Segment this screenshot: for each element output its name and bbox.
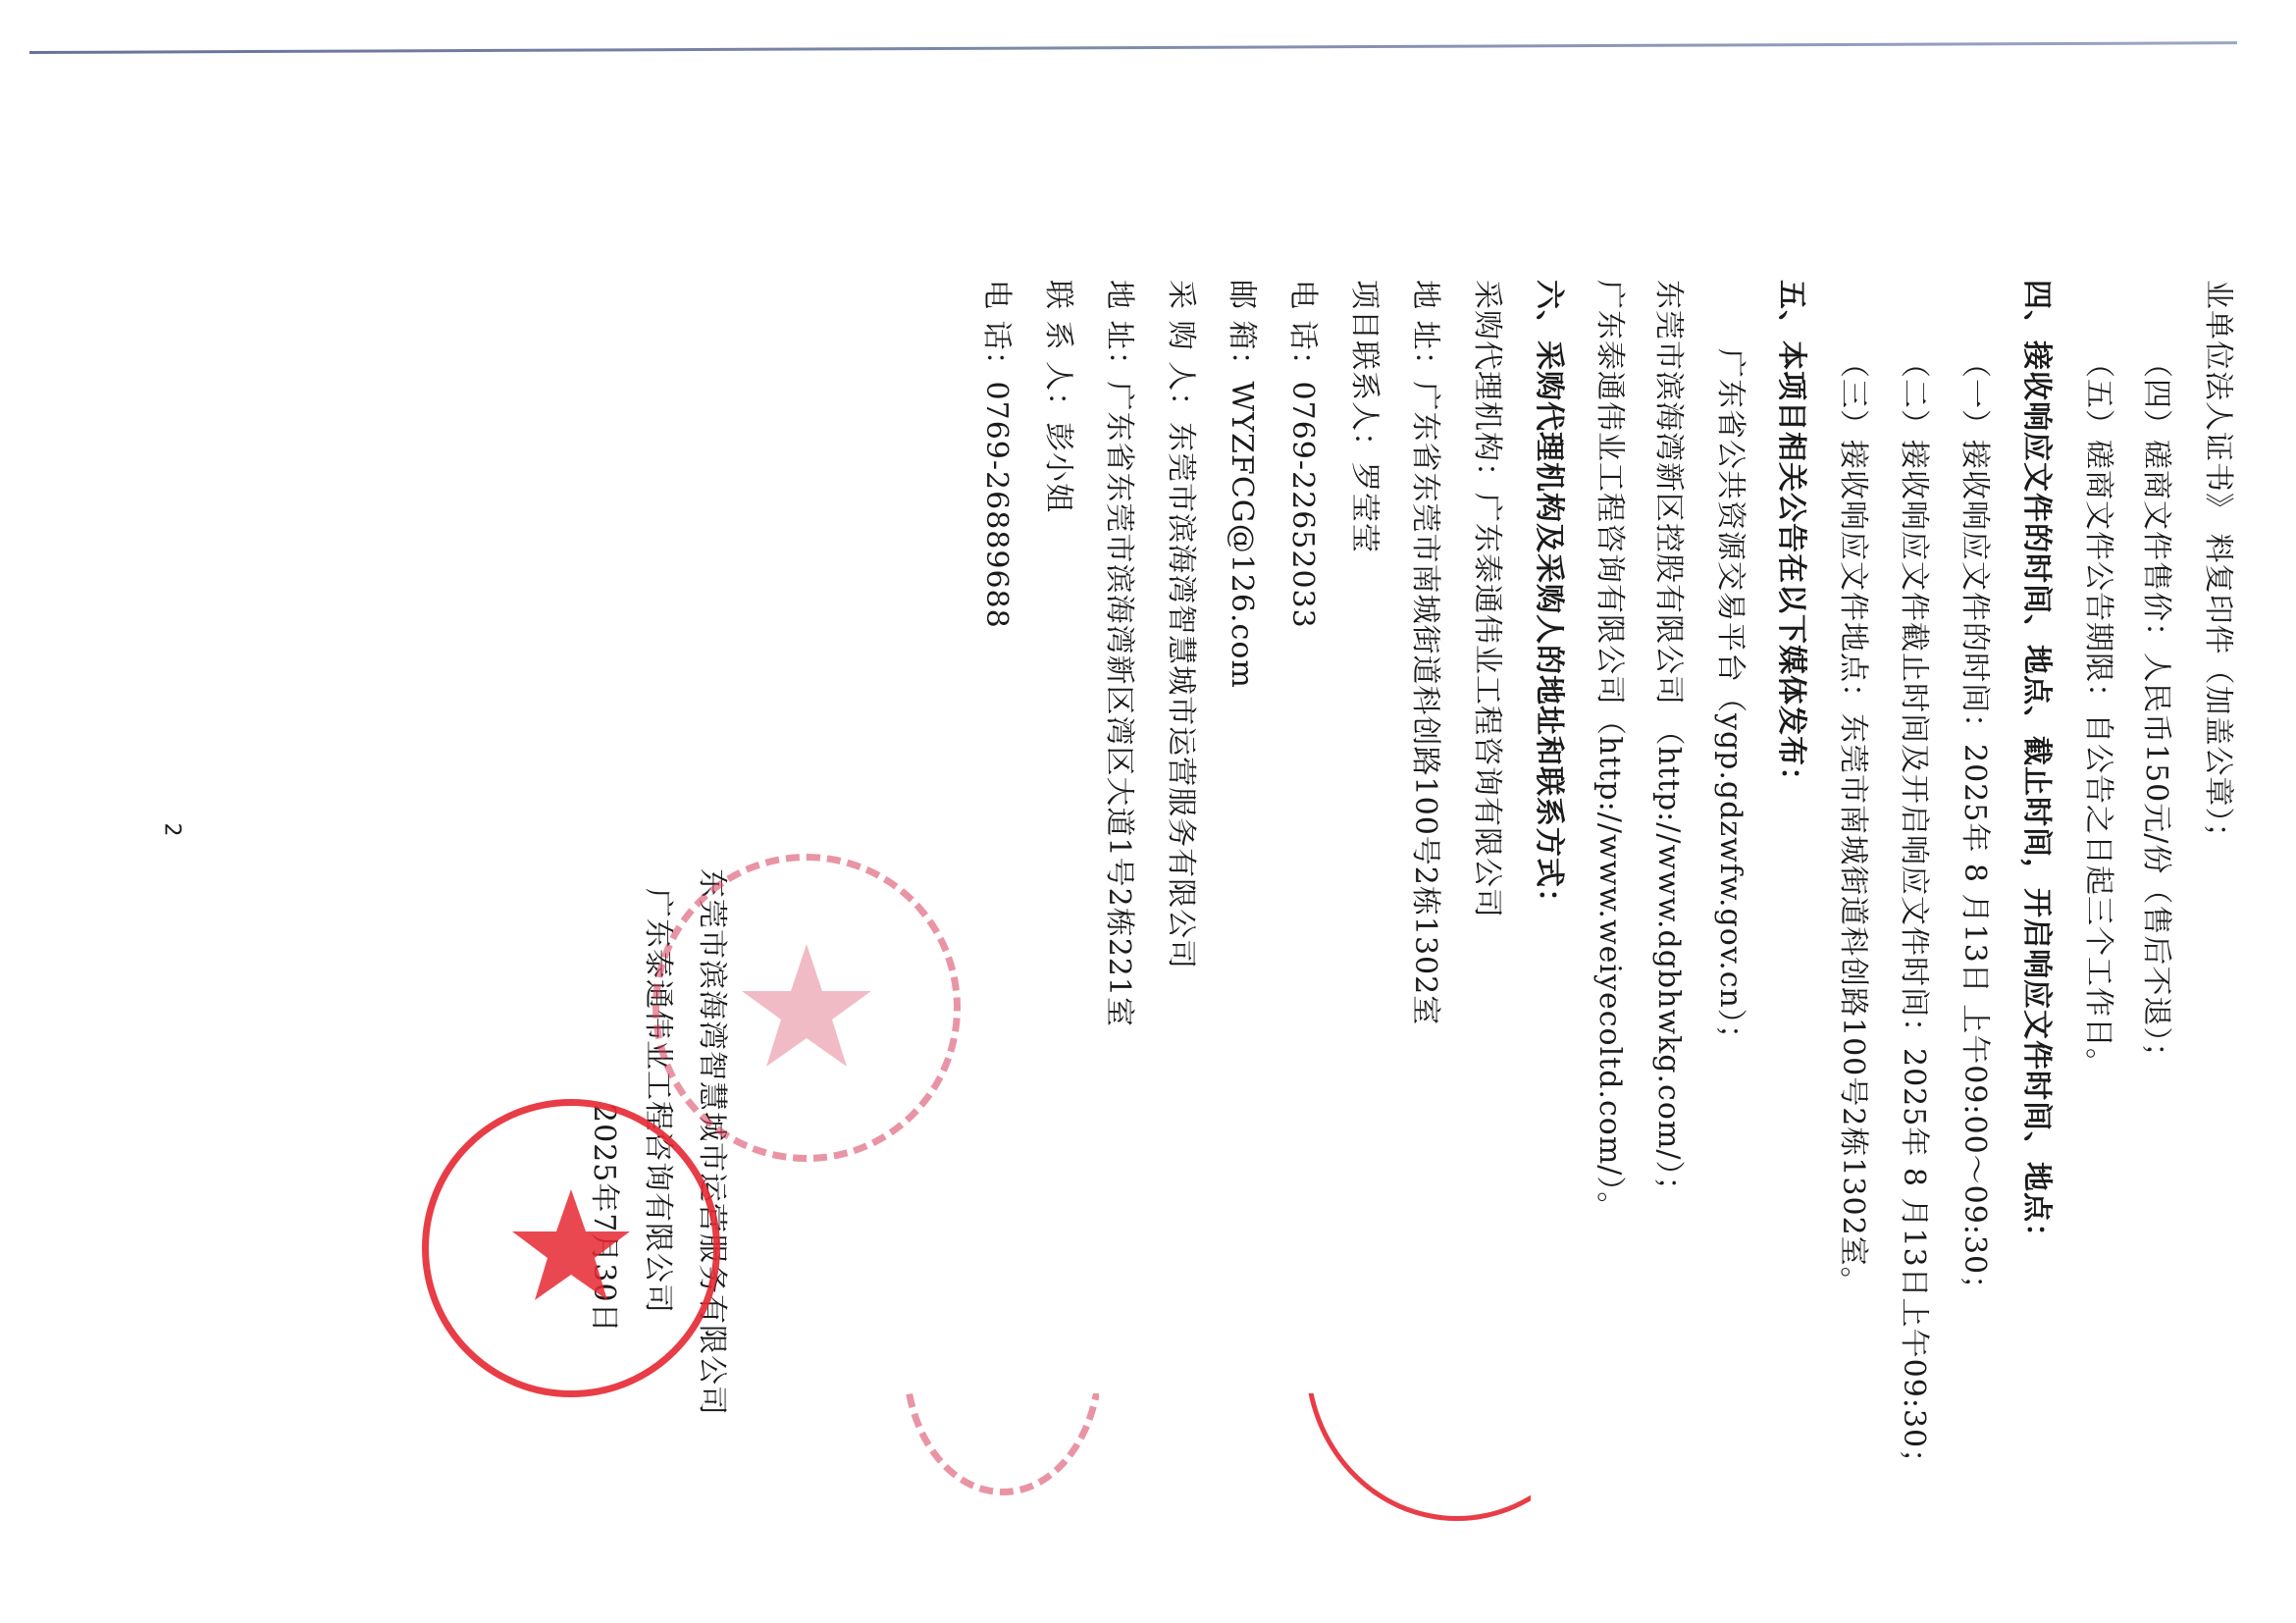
agency-name: 采购代理机构：广东泰通伟业工程咨询有限公司 xyxy=(1467,280,1506,918)
text-line: （三）接收响应文件地点：东莞市南城街道科创路100号2栋1302室。 xyxy=(1833,348,1872,1297)
seam-stamp-faded xyxy=(903,1393,1099,1501)
buyer-address: 地 址：广东省东莞市滨海湾新区湾区大道1号2栋221室 xyxy=(1099,280,1138,1027)
agency-address: 地 址：广东省东莞市南城街道科创路100号2栋1302室 xyxy=(1405,280,1444,1025)
agency-company-stamp xyxy=(422,1099,720,1397)
agency-phone: 电 话：0769-22652033 xyxy=(1282,280,1322,629)
seam-stamp-red xyxy=(1305,1393,1531,1531)
agency-email: 邮 箱：WYZFCG@126.com xyxy=(1222,280,1261,689)
header-rule xyxy=(29,41,2237,54)
agency-contact: 项目联系人：罗莹莹 xyxy=(1344,280,1383,553)
buyer-phone: 电 话：0769-26889688 xyxy=(976,280,1016,629)
text-line: （五）磋商文件公告期限：自公告之日起三个工作日。 xyxy=(2078,348,2117,1078)
star-icon xyxy=(429,1106,713,1390)
media-link: 东莞市滨海湾新区控股有限公司 （http://www.dgbhwkg.com/）… xyxy=(1648,280,1688,1206)
buyer-name: 采 购 人：东莞市滨海湾智慧城市运营服务有限公司 xyxy=(1161,280,1200,969)
page-number: 2 xyxy=(160,823,184,837)
media-link: 广东泰通伟业工程咨询有限公司（http://www.weiyecoltd.com… xyxy=(1590,280,1629,1222)
section-heading-6: 六、采购代理机构及采购人的地址和联系方式： xyxy=(1529,280,1568,918)
text-line: （二）接收响应文件截止时间及开启响应文件时间：2025年 8 月13日上午09:… xyxy=(1894,348,1933,1479)
section-heading-4: 四、接收响应文件的时间、地点、截止时间，开启响应文件时间、地点： xyxy=(2016,280,2056,1253)
text-line: 业单位法人证书》 料复印件（加盖公章）； xyxy=(2198,280,2237,854)
text-line: （四）磋商文件售价：人民币150元/份（售后不退）； xyxy=(2136,348,2175,1073)
text-line: （一）接收响应文件的时间：2025年 8 月13日 上午09:00～09:30； xyxy=(1955,348,1994,1305)
section-heading-5: 五、本项目相关公告在以下媒体发布： xyxy=(1771,280,1810,797)
buyer-contact: 联 系 人：彭小姐 xyxy=(1038,280,1077,513)
media-link: 广东省公共资源交易平台（ygp.gdzwfw.gov.cn）； xyxy=(1710,348,1749,1055)
